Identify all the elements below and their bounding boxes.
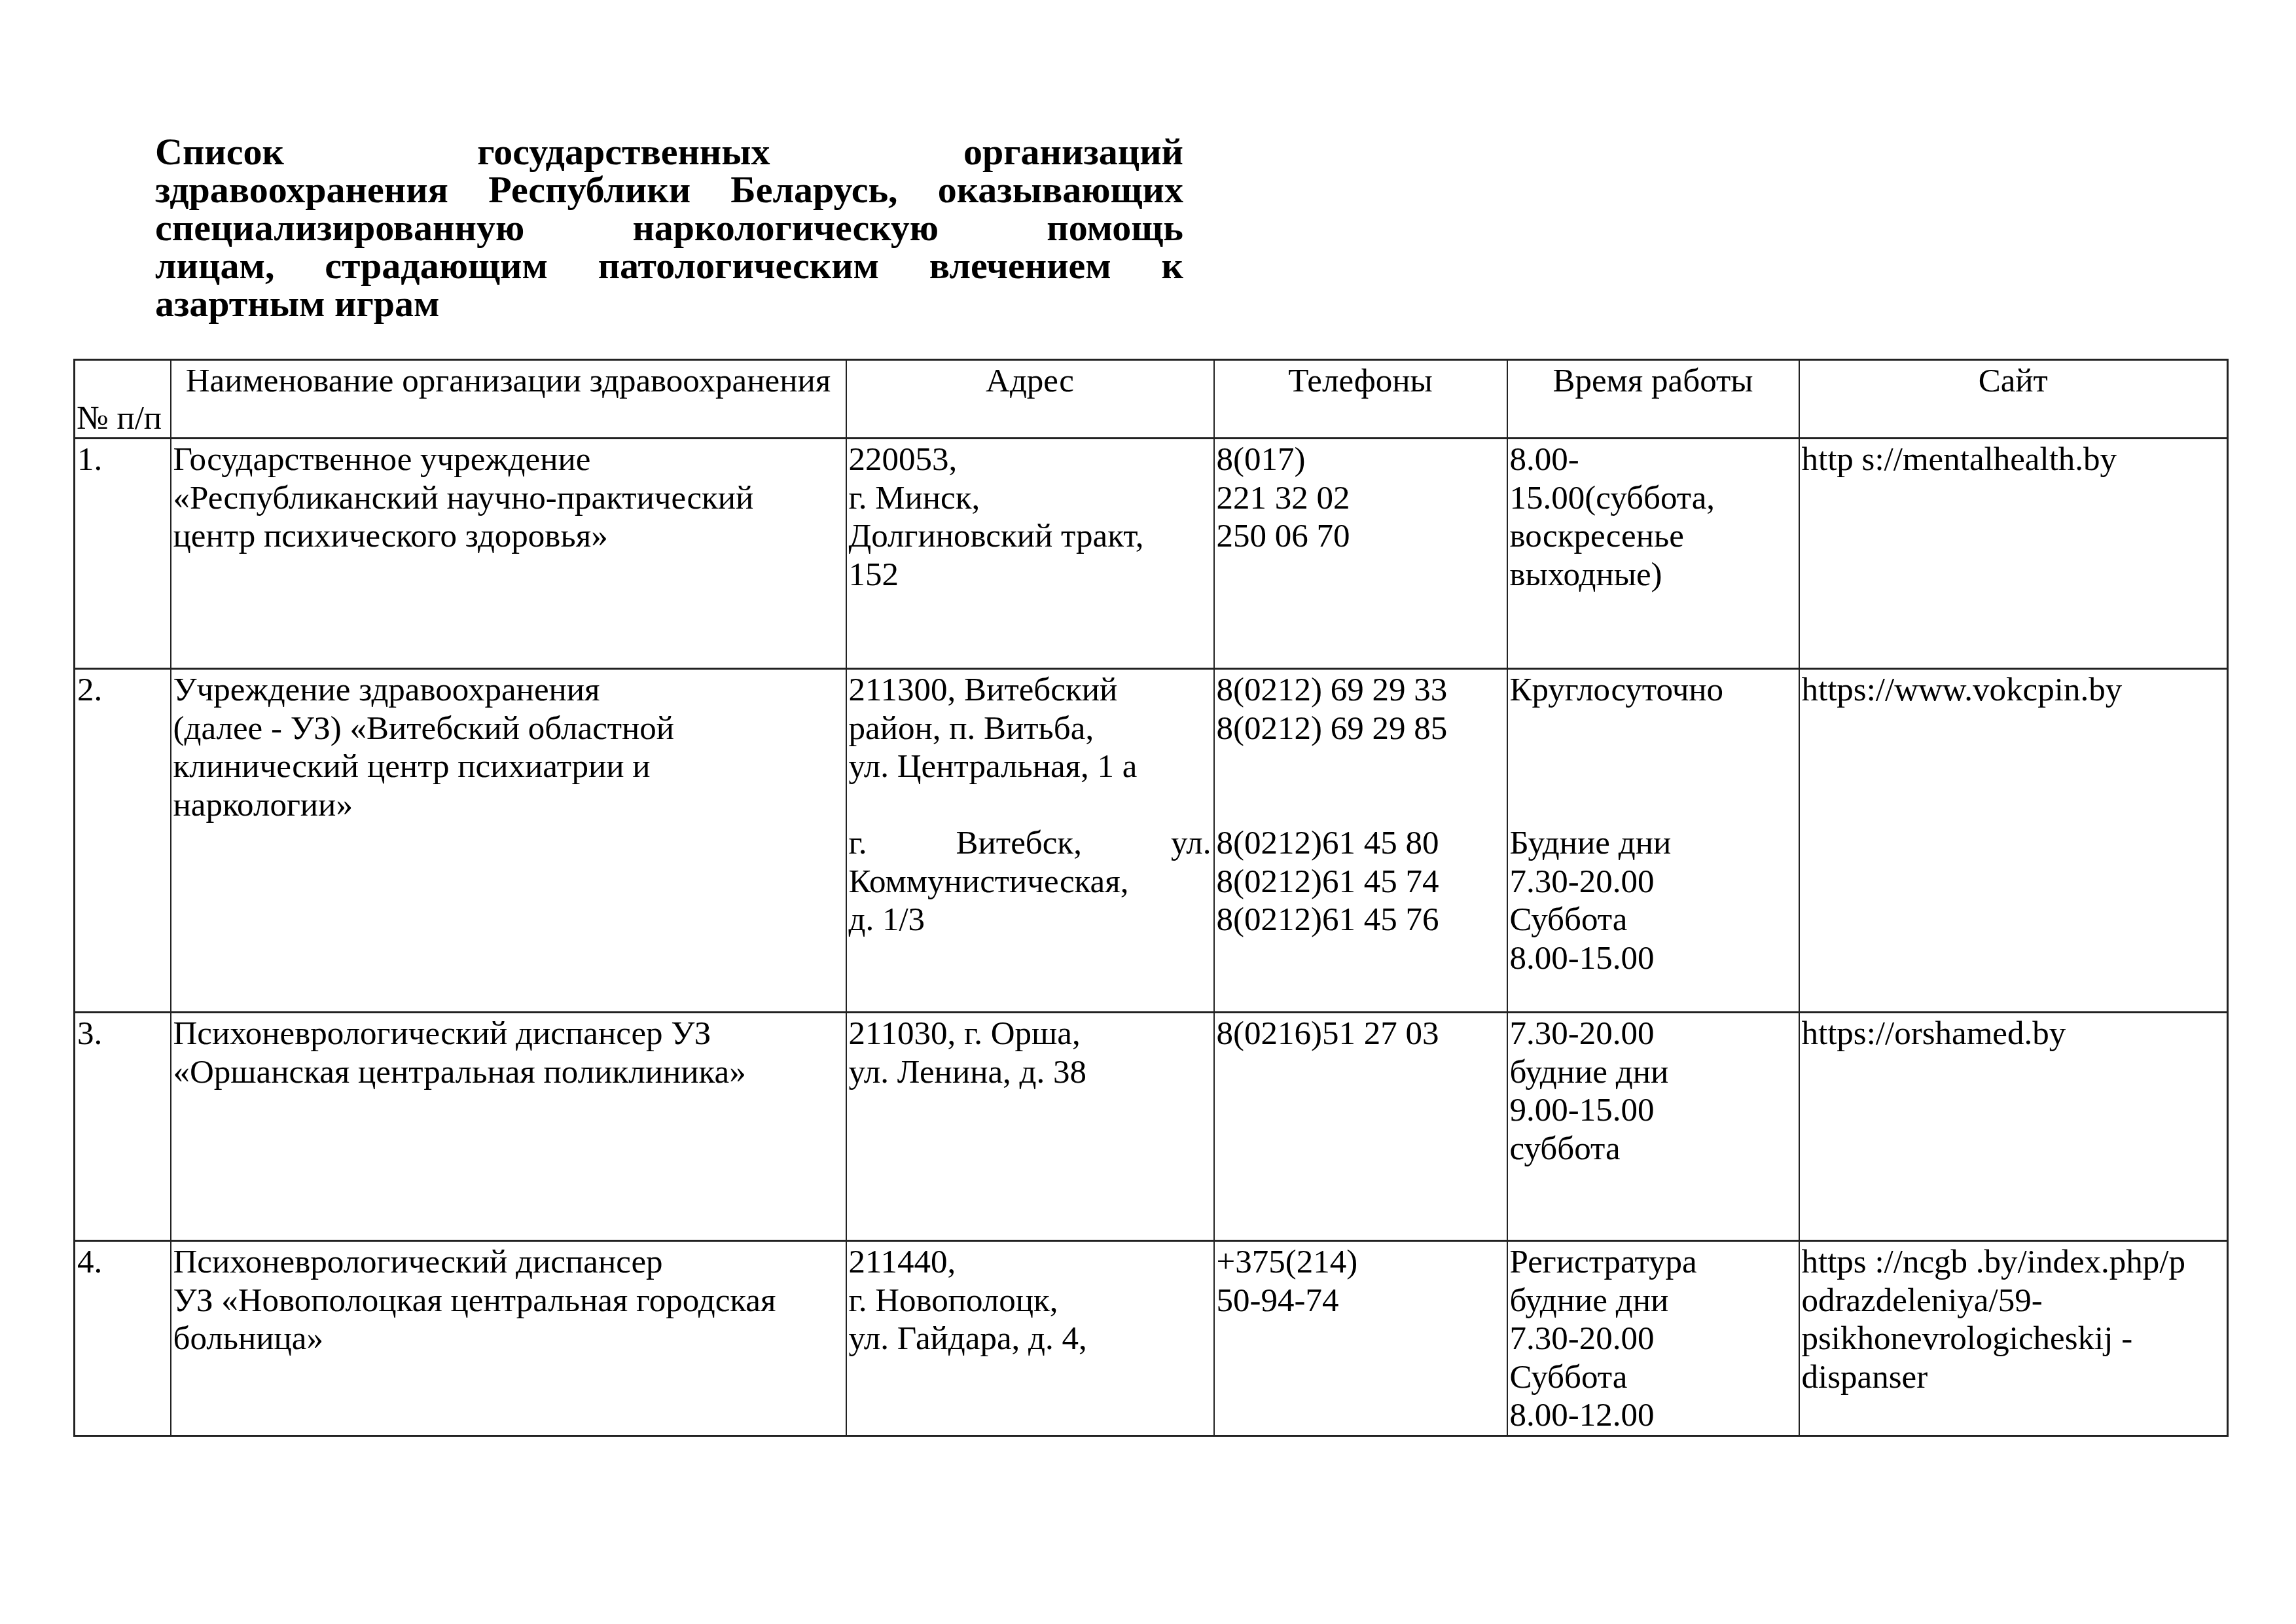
cell-line: наркологии» bbox=[173, 786, 844, 825]
cell-line: 220053, bbox=[849, 441, 1211, 479]
organization-name-cell: Учреждение здравоохранения(далее - УЗ) «… bbox=[171, 669, 846, 1013]
cell-line: выходные) bbox=[1510, 556, 1797, 594]
cell-line: 211030, г. Орша, bbox=[849, 1015, 1211, 1053]
row-number-cell: 4. bbox=[75, 1241, 171, 1436]
cell-line: г. Витебск, ул. bbox=[849, 824, 1211, 863]
cell-line: 152 bbox=[849, 556, 1211, 594]
address-cell: 220053,г. Минск,Долгиновский тракт,152 bbox=[846, 439, 1214, 669]
cell-line: (далее - УЗ) «Витебский областной bbox=[173, 710, 844, 748]
cell-line: будние дни bbox=[1510, 1053, 1797, 1092]
table-row: 3.Психоневрологический диспансер УЗ«Орша… bbox=[75, 1013, 2228, 1241]
cell-line: Регистратура bbox=[1510, 1243, 1797, 1282]
cell-line: ул. Ленина, д. 38 bbox=[849, 1053, 1211, 1092]
organization-name-cell: Психоневрологический диспансер УЗ«Оршанс… bbox=[171, 1013, 846, 1241]
cell-line: Долгиновский тракт, bbox=[849, 517, 1211, 556]
cell-line: 8(0212)61 45 80 bbox=[1217, 824, 1505, 863]
cell-line bbox=[1217, 786, 1505, 825]
website-link-line[interactable]: psikhonevrologicheskij - bbox=[1802, 1320, 2225, 1358]
cell-line: Коммунистическая, bbox=[849, 863, 1211, 901]
cell-line: будние дни bbox=[1510, 1282, 1797, 1320]
table-header-row: № п/п Наименование организации здравоохр… bbox=[75, 360, 2228, 439]
title-line: азартным играм bbox=[155, 285, 1183, 323]
table-row: 1.Государственное учреждение«Республикан… bbox=[75, 439, 2228, 669]
address-cell: 211440,г. Новополоцк,ул. Гайдара, д. 4, bbox=[846, 1241, 1214, 1436]
cell-line: Будние дни bbox=[1510, 824, 1797, 863]
website-link-line[interactable]: https://www.vokcpin.by bbox=[1802, 671, 2225, 710]
cell-line: Суббота bbox=[1510, 901, 1797, 939]
cell-line: Государственное учреждение bbox=[173, 441, 844, 479]
cell-line: ул. Центральная, 1 а bbox=[849, 748, 1211, 786]
cell-line: воскресенье bbox=[1510, 517, 1797, 556]
row-number-cell: 1. bbox=[75, 439, 171, 669]
title-line: специализированную наркологическую помощ… bbox=[155, 209, 1183, 247]
website-cell[interactable]: http s://mentalhealth.by bbox=[1799, 439, 2228, 669]
cell-line: Круглосуточно bbox=[1510, 671, 1797, 710]
cell-line: 8(0212)61 45 76 bbox=[1217, 901, 1505, 939]
cell-line: д. 1/3 bbox=[849, 901, 1211, 939]
cell-line: 7.30-20.00 bbox=[1510, 1015, 1797, 1053]
phones-cell: 8(0216)51 27 03 bbox=[1214, 1013, 1507, 1241]
document-title: Список государственных организаций здрав… bbox=[155, 133, 1183, 323]
cell-line: 8.00-15.00 bbox=[1510, 939, 1797, 978]
cell-line: 8(0216)51 27 03 bbox=[1217, 1015, 1505, 1053]
cell-line: 8(0212) 69 29 85 bbox=[1217, 710, 1505, 748]
working-hours-cell: 7.30-20.00будние дни9.00-15.00суббота bbox=[1507, 1013, 1799, 1241]
cell-line: Учреждение здравоохранения bbox=[173, 671, 844, 710]
website-link-line[interactable]: dispanser bbox=[1802, 1358, 2225, 1397]
working-hours-cell: 8.00-15.00(суббота,воскресеньевыходные) bbox=[1507, 439, 1799, 669]
website-link-line[interactable]: http s://mentalhealth.by bbox=[1802, 441, 2225, 479]
organization-name-cell: Психоневрологический диспансерУЗ «Новопо… bbox=[171, 1241, 846, 1436]
header-website: Сайт bbox=[1799, 360, 2228, 439]
cell-line: 7.30-20.00 bbox=[1510, 1320, 1797, 1358]
cell-line: г. Новополоцк, bbox=[849, 1282, 1211, 1320]
website-link-line[interactable]: https ://ncgb .by/index.php/p bbox=[1802, 1243, 2225, 1282]
header-number: № п/п bbox=[75, 360, 171, 439]
cell-line bbox=[1217, 748, 1505, 786]
cell-line: центр психического здоровья» bbox=[173, 517, 844, 556]
cell-line: 211300, Витебский bbox=[849, 671, 1211, 710]
cell-line: 9.00-15.00 bbox=[1510, 1091, 1797, 1130]
phones-cell: 8(017)221 32 02250 06 70 bbox=[1214, 439, 1507, 669]
cell-line bbox=[1510, 710, 1797, 748]
cell-line: ул. Гайдара, д. 4, bbox=[849, 1320, 1211, 1358]
cell-line: клинический центр психиатрии и bbox=[173, 748, 844, 786]
working-hours-cell: Регистратурабудние дни7.30-20.00Суббота8… bbox=[1507, 1241, 1799, 1436]
cell-line: 8(0212)61 45 74 bbox=[1217, 863, 1505, 901]
cell-line: 8(0212) 69 29 33 bbox=[1217, 671, 1505, 710]
title-line: Список государственных организаций bbox=[155, 133, 1183, 171]
cell-line: г. Минск, bbox=[849, 479, 1211, 518]
table-row: 2.Учреждение здравоохранения(далее - УЗ)… bbox=[75, 669, 2228, 1013]
address-cell: 211300, Витебскийрайон, п. Витьба,ул. Це… bbox=[846, 669, 1214, 1013]
working-hours-cell: КруглосуточноБудние дни7.30-20.00Суббота… bbox=[1507, 669, 1799, 1013]
cell-line: «Республиканский научно-практический bbox=[173, 479, 844, 518]
row-number-cell: 2. bbox=[75, 669, 171, 1013]
cell-line: 50-94-74 bbox=[1217, 1282, 1505, 1320]
cell-line: 15.00(суббота, bbox=[1510, 479, 1797, 518]
organizations-table: № п/п Наименование организации здравоохр… bbox=[73, 359, 2229, 1437]
cell-line: 221 32 02 bbox=[1217, 479, 1505, 518]
header-address: Адрес bbox=[846, 360, 1214, 439]
website-cell[interactable]: https ://ncgb .by/index.php/podrazdeleni… bbox=[1799, 1241, 2228, 1436]
cell-line: 211440, bbox=[849, 1243, 1211, 1282]
phones-cell: +375(214)50-94-74 bbox=[1214, 1241, 1507, 1436]
cell-line: суббота bbox=[1510, 1130, 1797, 1168]
cell-line: 8(017) bbox=[1217, 441, 1505, 479]
cell-line: Психоневрологический диспансер bbox=[173, 1243, 844, 1282]
cell-line: 7.30-20.00 bbox=[1510, 863, 1797, 901]
cell-line: +375(214) bbox=[1217, 1243, 1505, 1282]
row-number-cell: 3. bbox=[75, 1013, 171, 1241]
cell-line: 8.00- bbox=[1510, 441, 1797, 479]
cell-line bbox=[1510, 748, 1797, 786]
cell-line: УЗ «Новополоцкая центральная городская bbox=[173, 1282, 844, 1320]
address-cell: 211030, г. Орша,ул. Ленина, д. 38 bbox=[846, 1013, 1214, 1241]
website-cell[interactable]: https://www.vokcpin.by bbox=[1799, 669, 2228, 1013]
website-cell[interactable]: https://orshamed.by bbox=[1799, 1013, 2228, 1241]
table-row: 4.Психоневрологический диспансерУЗ «Ново… bbox=[75, 1241, 2228, 1436]
cell-line bbox=[1510, 786, 1797, 825]
cell-line: 8.00-12.00 bbox=[1510, 1396, 1797, 1435]
phones-cell: 8(0212) 69 29 338(0212) 69 29 858(0212)6… bbox=[1214, 669, 1507, 1013]
cell-line: «Оршанская центральная поликлиника» bbox=[173, 1053, 844, 1092]
header-phones: Телефоны bbox=[1214, 360, 1507, 439]
cell-line: больница» bbox=[173, 1320, 844, 1358]
title-line: здравоохранения Республики Беларусь, ока… bbox=[155, 171, 1183, 209]
website-link-line[interactable]: https://orshamed.by bbox=[1802, 1015, 2225, 1053]
title-line: лицам, страдающим патологическим влечени… bbox=[155, 247, 1183, 285]
cell-line: район, п. Витьба, bbox=[849, 710, 1211, 748]
cell-line: 250 06 70 bbox=[1217, 517, 1505, 556]
website-link-line[interactable]: odrazdeleniya/59- bbox=[1802, 1282, 2225, 1320]
cell-line: Психоневрологический диспансер УЗ bbox=[173, 1015, 844, 1053]
cell-line bbox=[849, 786, 1211, 825]
header-working-hours: Время работы bbox=[1507, 360, 1799, 439]
organization-name-cell: Государственное учреждение«Республиканск… bbox=[171, 439, 846, 669]
cell-line: Суббота bbox=[1510, 1358, 1797, 1397]
header-organization-name: Наименование организации здравоохранения bbox=[171, 360, 846, 439]
